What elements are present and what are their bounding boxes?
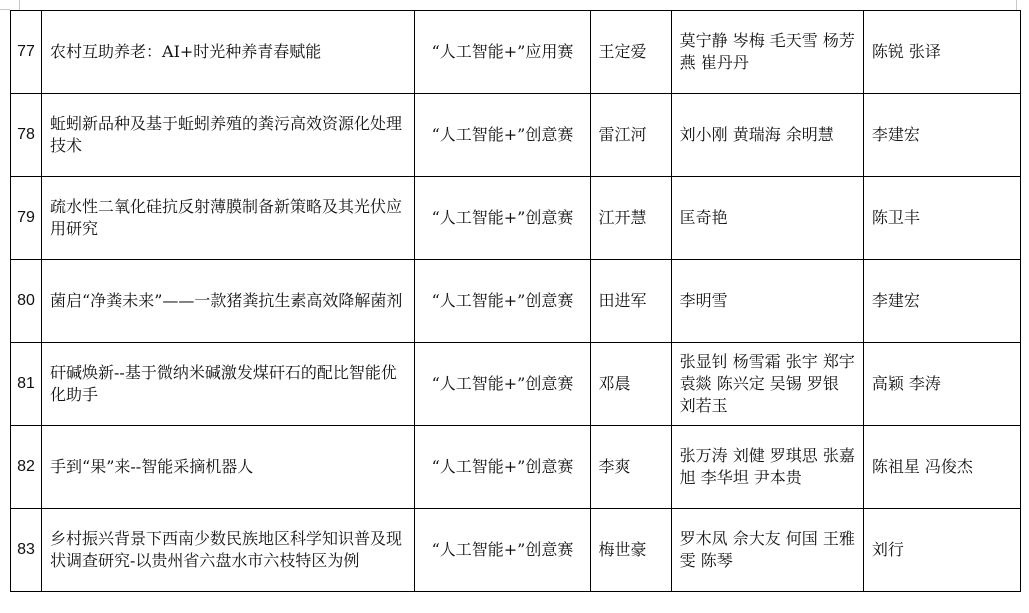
competition-track: “人工智能+”创意赛 — [415, 94, 590, 177]
team-leader: 王定爱 — [590, 11, 671, 94]
project-title: 矸碱焕新--基于微纳米碱激发煤矸石的配比智能优化助手 — [42, 343, 415, 426]
page-corner-mark — [1016, 0, 1017, 10]
team-members: 张万涛 刘健 罗琪思 张嘉旭 李华坦 尹本贵 — [671, 426, 863, 509]
row-number: 81 — [11, 343, 42, 426]
project-list-table: 77 农村互助养老：AI+时光种养青春赋能 “人工智能+”应用赛 王定爱 莫宁静… — [10, 10, 1021, 592]
row-number: 82 — [11, 426, 42, 509]
advisors: 李建宏 — [863, 260, 1020, 343]
competition-track: “人工智能+”创意赛 — [415, 509, 590, 592]
project-title: 乡村振兴背景下西南少数民族地区科学知识普及现状调查研究-以贵州省六盘水市六枝特区… — [42, 509, 415, 592]
table-row: 81 矸碱焕新--基于微纳米碱激发煤矸石的配比智能优化助手 “人工智能+”创意赛… — [11, 343, 1021, 426]
advisors: 李建宏 — [863, 94, 1020, 177]
table-row: 80 菌启“净粪未来”——一款猪粪抗生素高效降解菌剂 “人工智能+”创意赛 田进… — [11, 260, 1021, 343]
row-number: 83 — [11, 509, 42, 592]
row-number: 79 — [11, 177, 42, 260]
advisors: 刘行 — [863, 509, 1020, 592]
project-title: 农村互助养老：AI+时光种养青春赋能 — [42, 11, 415, 94]
project-title: 疏水性二氧化硅抗反射薄膜制备新策略及其光伏应用研究 — [42, 177, 415, 260]
team-members: 张显钊 杨雪霜 张宇 郑宇 袁燚 陈兴定 吴锡 罗银 刘若玉 — [671, 343, 863, 426]
row-number: 80 — [11, 260, 42, 343]
competition-track: “人工智能+”创意赛 — [415, 426, 590, 509]
team-leader: 田进军 — [590, 260, 671, 343]
team-leader: 梅世豪 — [590, 509, 671, 592]
table-row: 78 蚯蚓新品种及基于蚯蚓养殖的粪污高效资源化处理技术 “人工智能+”创意赛 雷… — [11, 94, 1021, 177]
competition-track: “人工智能+”创意赛 — [415, 260, 590, 343]
team-members: 罗木凤 佘大友 何国 王雅雯 陈琴 — [671, 509, 863, 592]
project-title: 菌启“净粪未来”——一款猪粪抗生素高效降解菌剂 — [42, 260, 415, 343]
team-leader: 雷江河 — [590, 94, 671, 177]
table-row: 77 农村互助养老：AI+时光种养青春赋能 “人工智能+”应用赛 王定爱 莫宁静… — [11, 11, 1021, 94]
competition-track: “人工智能+”创意赛 — [415, 177, 590, 260]
project-title: 手到“果”来--智能采摘机器人 — [42, 426, 415, 509]
competition-track: “人工智能+”应用赛 — [415, 11, 590, 94]
team-members: 莫宁静 岑梅 毛天雪 杨芳燕 崔丹丹 — [671, 11, 863, 94]
team-leader: 李爽 — [590, 426, 671, 509]
advisors: 陈卫丰 — [863, 177, 1020, 260]
page-corner-mark — [0, 9, 10, 10]
row-number: 77 — [11, 11, 42, 94]
advisors: 陈锐 张译 — [863, 11, 1020, 94]
team-members: 李明雪 — [671, 260, 863, 343]
table-row: 83 乡村振兴背景下西南少数民族地区科学知识普及现状调查研究-以贵州省六盘水市六… — [11, 509, 1021, 592]
team-members: 匡奇艳 — [671, 177, 863, 260]
competition-track: “人工智能+”创意赛 — [415, 343, 590, 426]
project-title: 蚯蚓新品种及基于蚯蚓养殖的粪污高效资源化处理技术 — [42, 94, 415, 177]
table-row: 82 手到“果”来--智能采摘机器人 “人工智能+”创意赛 李爽 张万涛 刘健 … — [11, 426, 1021, 509]
table-row: 79 疏水性二氧化硅抗反射薄膜制备新策略及其光伏应用研究 “人工智能+”创意赛 … — [11, 177, 1021, 260]
advisors: 陈祖星 冯俊杰 — [863, 426, 1020, 509]
advisors: 高颖 李涛 — [863, 343, 1020, 426]
page-corner-mark — [19, 0, 20, 10]
team-leader: 邓晨 — [590, 343, 671, 426]
row-number: 78 — [11, 94, 42, 177]
team-members: 刘小刚 黄瑞海 余明慧 — [671, 94, 863, 177]
team-leader: 江开慧 — [590, 177, 671, 260]
